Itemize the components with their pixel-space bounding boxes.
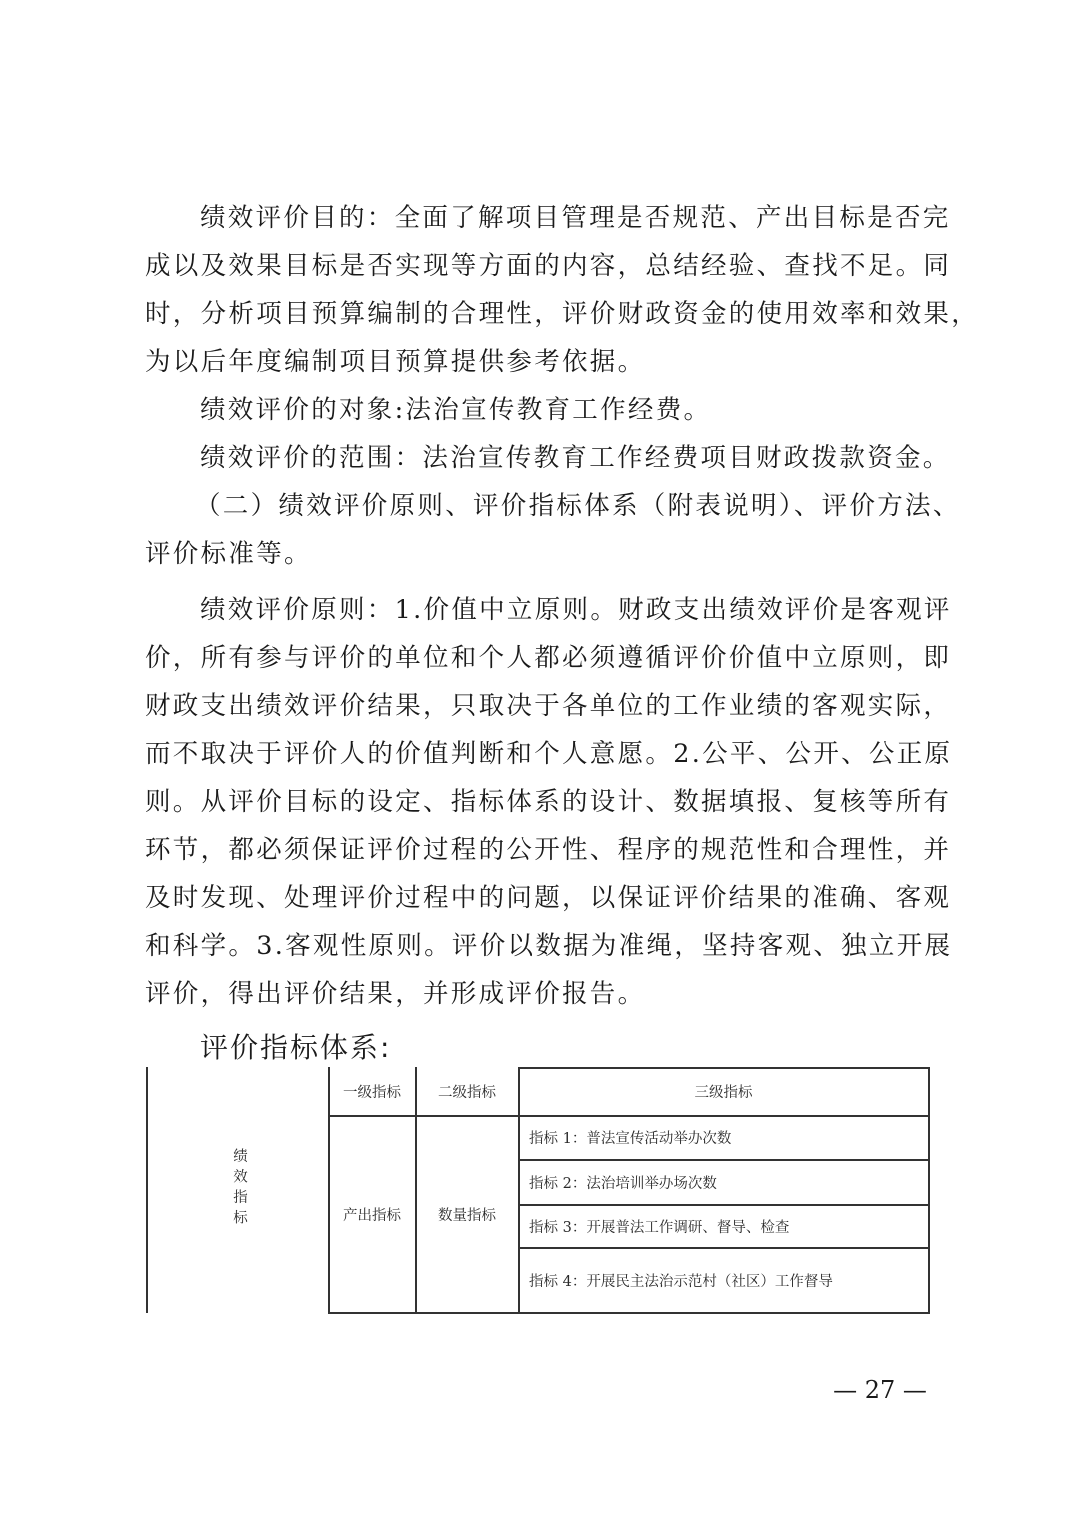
paragraph-line: 和科学。3.客观性原则。评价以数据为准绳，坚持客观、独立开展 (145, 926, 935, 966)
indicator-system-label: 评价指标体系: (200, 1028, 391, 1068)
table-border-left (146, 1067, 148, 1313)
paragraph-line: 绩效评价的范围：法治宣传教育工作经费项目财政拨款资金。 (200, 438, 935, 478)
paragraph-line: 而不取决于评价人的价值判断和个人意愿。2.公平、公开、公正原 (145, 734, 935, 774)
paragraph-line: 绩效评价的对象:法治宣传教育工作经费。 (200, 390, 935, 430)
level3-item: 指标 4：开展民主法治示范村（社区）工作督导 (519, 1248, 928, 1312)
level3-item: 指标 3：开展普法工作调研、督导、检查 (519, 1205, 928, 1247)
table-border-right (928, 1067, 930, 1314)
paragraph-line: 环节，都必须保证评价过程的公开性、程序的规范性和合理性，并 (145, 830, 935, 870)
document-page: 绩效评价目的：全面了解项目管理是否规范、产出目标是否完 成以及效果目标是否实现等… (0, 0, 1074, 1520)
paragraph-line: 及时发现、处理评价过程中的问题，以保证评价结果的准确、客观 (145, 878, 935, 918)
table-border-bottom (328, 1312, 929, 1314)
section-heading: 评价标准等。 (145, 534, 935, 574)
paragraph-line: 绩效评价原则：1.价值中立原则。财政支出绩效评价是客观评 (200, 590, 935, 630)
paragraph-line: 成以及效果目标是否实现等方面的内容，总结经验、查找不足。同 (145, 246, 935, 286)
paragraph-line: 为以后年度编制项目预算提供参考依据。 (145, 342, 935, 382)
paragraph-line: 财政支出绩效评价结果，只取决于各单位的工作业绩的客观实际， (145, 686, 935, 726)
header-level1: 一级指标 (329, 1068, 415, 1115)
level3-item: 指标 2：法治培训举办场次数 (519, 1160, 928, 1204)
header-level3: 三级指标 (519, 1068, 928, 1115)
row-group-label: 绩效指标 (226, 1148, 250, 1230)
level1-value: 产出指标 (329, 1116, 415, 1312)
level2-value: 数量指标 (416, 1116, 518, 1312)
paragraph-line: 则。从评价目标的设定、指标体系的设计、数据填报、复核等所有 (145, 782, 935, 822)
page-number: — 27 — (820, 1374, 940, 1406)
paragraph-line: 价，所有参与评价的单位和个人都必须遵循评价价值中立原则，即 (145, 638, 935, 678)
level3-item: 指标 1：普法宣传活动举办次数 (519, 1116, 928, 1159)
paragraph-line: 时，分析项目预算编制的合理性，评价财政资金的使用效率和效果， (145, 294, 935, 334)
header-level2: 二级指标 (416, 1068, 518, 1115)
paragraph-line: 绩效评价目的：全面了解项目管理是否规范、产出目标是否完 (200, 198, 935, 238)
paragraph-line: 评价，得出评价结果，并形成评价报告。 (145, 974, 935, 1014)
section-heading: （二）绩效评价原则、评价指标体系（附表说明）、评价方法、 (195, 486, 935, 526)
